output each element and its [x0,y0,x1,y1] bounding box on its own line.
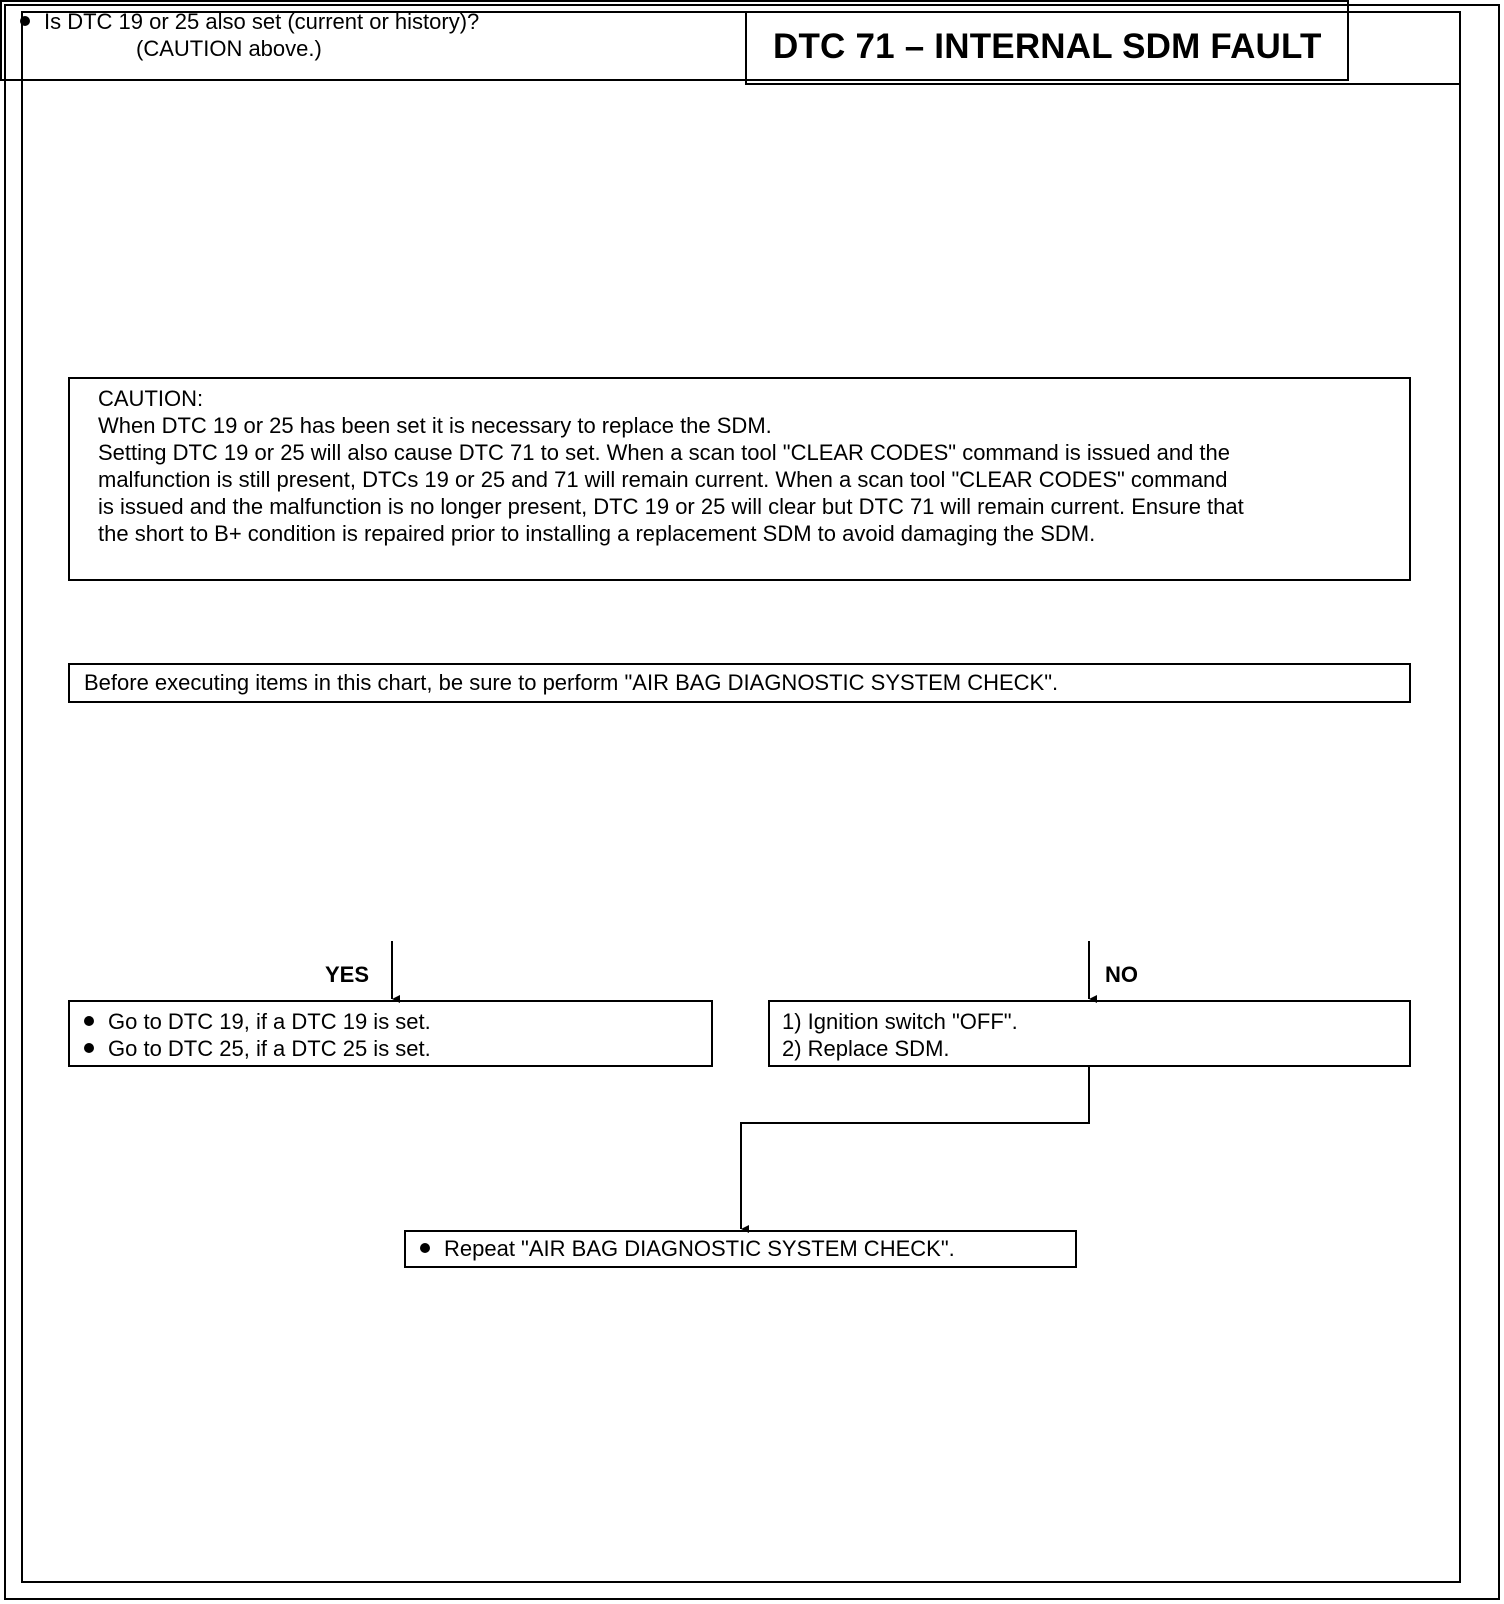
flow-connectors [0,0,1504,1604]
no-to-final-connector [741,1067,1089,1229]
